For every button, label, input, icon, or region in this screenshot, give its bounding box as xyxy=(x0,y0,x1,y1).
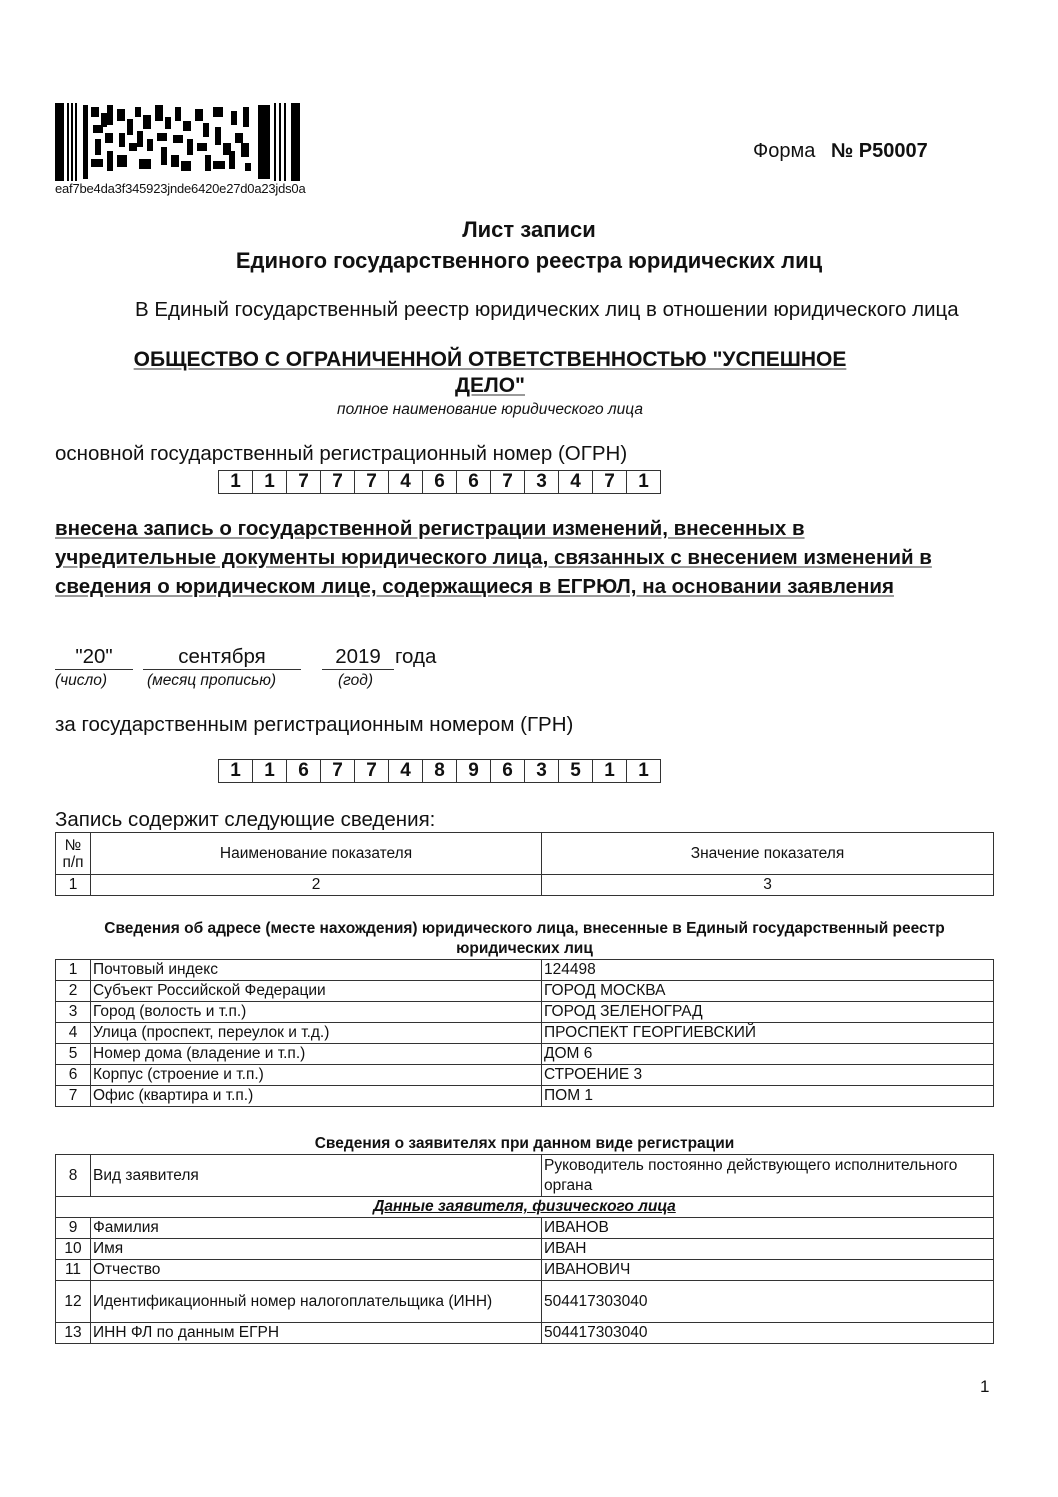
row-name: Офис (квартира и т.п.) xyxy=(91,1086,542,1107)
page-number: 1 xyxy=(980,1377,989,1397)
row-num: 1 xyxy=(56,960,91,981)
date-year-caption: (год) xyxy=(338,672,373,690)
ogrn-digit: 6 xyxy=(423,471,457,493)
row-num: 2 xyxy=(56,981,91,1002)
table-row: 1Почтовый индекс124498 xyxy=(56,960,994,981)
grn-label: за государственным регистрационным номер… xyxy=(55,713,573,737)
ogrn-digit: 1 xyxy=(219,471,253,493)
grn-digit: 7 xyxy=(321,760,355,782)
ogrn-digit: 3 xyxy=(525,471,559,493)
ogrn-digit: 7 xyxy=(287,471,321,493)
row-value: СТРОЕНИЕ 3 xyxy=(542,1065,994,1086)
applicant-table: 8 Вид заявителя Руководитель постоянно д… xyxy=(55,1154,994,1344)
row-name: Номер дома (владение и т.п.) xyxy=(91,1044,542,1065)
col-number: 3 xyxy=(542,875,994,896)
table-row: 13ИНН ФЛ по данным ЕГРН504417303040 xyxy=(56,1323,994,1344)
address-table: 1Почтовый индекс124498 2Субъект Российск… xyxy=(55,959,994,1107)
ogrn-digit: 7 xyxy=(593,471,627,493)
row-name: Идентификационный номер налогоплательщик… xyxy=(91,1281,542,1323)
date-year-suffix: года xyxy=(395,645,436,669)
grn-digit: 5 xyxy=(559,760,593,782)
table-row: 6Корпус (строение и т.п.)СТРОЕНИЕ 3 xyxy=(56,1065,994,1086)
table-subheader-row: Данные заявителя, физического лица xyxy=(56,1197,994,1218)
barcode-image xyxy=(55,103,300,181)
row-value: ИВАН xyxy=(542,1239,994,1260)
row-value: ИВАНОВИЧ xyxy=(542,1260,994,1281)
table-row: 3Город (волость и т.п.)ГОРОД ЗЕЛЕНОГРАД xyxy=(56,1002,994,1023)
row-value: ИВАНОВ xyxy=(542,1218,994,1239)
row-num: 4 xyxy=(56,1023,91,1044)
table-row: 5Номер дома (владение и т.п.)ДОМ 6 xyxy=(56,1044,994,1065)
grn-digit: 7 xyxy=(355,760,389,782)
ogrn-digit: 6 xyxy=(457,471,491,493)
table-row: 10ИмяИВАН xyxy=(56,1239,994,1260)
grn-digit: 1 xyxy=(219,760,253,782)
row-num: 9 xyxy=(56,1218,91,1239)
row-num: 10 xyxy=(56,1239,91,1260)
ogrn-digits: 1 1 7 7 7 4 6 6 7 3 4 7 1 xyxy=(218,470,661,494)
page-subtitle: Единого государственного реестра юридиче… xyxy=(0,248,1058,274)
record-description: внесена запись о государственной регистр… xyxy=(55,514,935,601)
ogrn-digit: 7 xyxy=(355,471,389,493)
applicant-subheader: Данные заявителя, физического лица xyxy=(56,1197,994,1218)
date-month: сентября xyxy=(143,645,301,670)
address-section-title: Сведения об адресе (месте нахождения) юр… xyxy=(55,919,994,959)
table-row: 12Идентификационный номер налогоплательщ… xyxy=(56,1281,994,1323)
form-label: Форма xyxy=(753,140,815,162)
row-num: 11 xyxy=(56,1260,91,1281)
contents-header-table: № п/п Наименование показателя Значение п… xyxy=(55,832,994,896)
header-value: Значение показателя xyxy=(542,833,994,875)
row-value: 504417303040 xyxy=(542,1323,994,1344)
ogrn-digit: 7 xyxy=(491,471,525,493)
grn-digit: 9 xyxy=(457,760,491,782)
grn-digit: 6 xyxy=(287,760,321,782)
ogrn-label: основной государственный регистрационный… xyxy=(55,442,627,466)
form-number: № Р50007 xyxy=(831,140,928,162)
table-row: 4Улица (проспект, переулок и т.д.)ПРОСПЕ… xyxy=(56,1023,994,1044)
org-name-caption: полное наименование юридического лица xyxy=(90,401,890,419)
table-row: 2Субъект Российской ФедерацииГОРОД МОСКВ… xyxy=(56,981,994,1002)
row-num: 7 xyxy=(56,1086,91,1107)
grn-digit: 3 xyxy=(525,760,559,782)
ogrn-digit: 1 xyxy=(627,471,660,493)
row-name: Город (волость и т.п.) xyxy=(91,1002,542,1023)
row-num: 12 xyxy=(56,1281,91,1323)
date-month-caption: (месяц прописью) xyxy=(147,672,276,690)
date-day-caption: (число) xyxy=(55,672,107,690)
org-name-line1: ОБЩЕСТВО С ОГРАНИЧЕННОЙ ОТВЕТСТВЕННОСТЬЮ… xyxy=(90,348,890,372)
grn-digit: 1 xyxy=(253,760,287,782)
header-name: Наименование показателя xyxy=(91,833,542,875)
row-name: Корпус (строение и т.п.) xyxy=(91,1065,542,1086)
row-value: Руководитель постоянно действующего испо… xyxy=(542,1155,994,1197)
grn-digit: 1 xyxy=(593,760,627,782)
row-name: Имя xyxy=(91,1239,542,1260)
grn-digit: 6 xyxy=(491,760,525,782)
table-row: 11ОтчествоИВАНОВИЧ xyxy=(56,1260,994,1281)
row-value: ДОМ 6 xyxy=(542,1044,994,1065)
col-number: 1 xyxy=(56,875,91,896)
row-value: ГОРОД МОСКВА xyxy=(542,981,994,1002)
grn-digit: 8 xyxy=(423,760,457,782)
ogrn-digit: 4 xyxy=(559,471,593,493)
table-row: 9ФамилияИВАНОВ xyxy=(56,1218,994,1239)
row-num: 6 xyxy=(56,1065,91,1086)
row-num: 8 xyxy=(56,1155,91,1197)
table-row: 8 Вид заявителя Руководитель постоянно д… xyxy=(56,1155,994,1197)
ogrn-digit: 7 xyxy=(321,471,355,493)
intro-text: В Единый государственный реестр юридичес… xyxy=(55,295,1015,325)
grn-digit: 1 xyxy=(627,760,660,782)
header-num: № п/п xyxy=(56,833,91,875)
row-num: 3 xyxy=(56,1002,91,1023)
grn-digits: 1 1 6 7 7 4 8 9 6 3 5 1 1 xyxy=(218,759,661,783)
row-name: Улица (проспект, переулок и т.д.) xyxy=(91,1023,542,1044)
row-value: ГОРОД ЗЕЛЕНОГРАД xyxy=(542,1002,994,1023)
grn-digit: 4 xyxy=(389,760,423,782)
barcode-caption: eaf7be4da3f345923jnde6420e27d0a23jds0a xyxy=(55,181,306,196)
applicant-section-title: Сведения о заявителях при данном виде ре… xyxy=(55,1134,994,1154)
ogrn-digit: 4 xyxy=(389,471,423,493)
row-name: Отчество xyxy=(91,1260,542,1281)
date-year: 2019 xyxy=(322,645,394,670)
table-row: 7Офис (квартира и т.п.)ПОМ 1 xyxy=(56,1086,994,1107)
row-value: ПОМ 1 xyxy=(542,1086,994,1107)
row-name: Субъект Российской Федерации xyxy=(91,981,542,1002)
row-value: 504417303040 xyxy=(542,1281,994,1323)
row-name: Почтовый индекс xyxy=(91,960,542,981)
row-num: 13 xyxy=(56,1323,91,1344)
row-value: ПРОСПЕКТ ГЕОРГИЕВСКИЙ xyxy=(542,1023,994,1044)
date-day: "20" xyxy=(55,645,133,670)
col-number: 2 xyxy=(91,875,542,896)
contents-label: Запись содержит следующие сведения: xyxy=(55,808,435,832)
row-name: Вид заявителя xyxy=(91,1155,542,1197)
org-name-line2: ДЕЛО" xyxy=(90,374,890,398)
ogrn-digit: 1 xyxy=(253,471,287,493)
row-name: Фамилия xyxy=(91,1218,542,1239)
row-num: 5 xyxy=(56,1044,91,1065)
form-number-label: Форма № Р50007 xyxy=(753,140,928,163)
row-name: ИНН ФЛ по данным ЕГРН xyxy=(91,1323,542,1344)
page-title: Лист записи xyxy=(0,217,1058,243)
row-value: 124498 xyxy=(542,960,994,981)
